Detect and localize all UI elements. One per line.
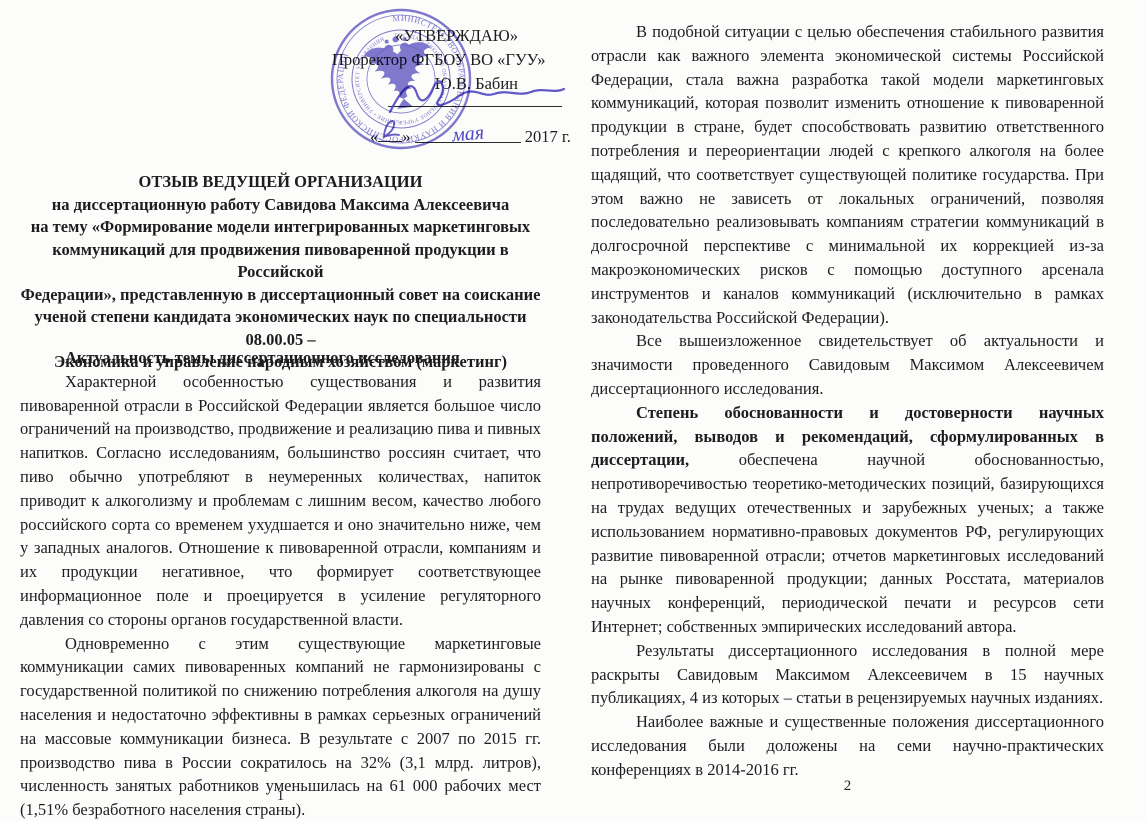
page-2-body: В подобной ситуации с целью обеспечения … <box>591 20 1104 782</box>
title-line: на тему «Формирование модели интегрирова… <box>20 216 541 239</box>
page-1: «УТВЕРЖДАЮ» Проректор ФГБОУ ВО «ГУУ» Ю.В… <box>20 0 541 821</box>
paragraph: Результаты диссертационного исследования… <box>591 639 1104 710</box>
page-number-1: 1 <box>20 788 541 805</box>
title-line: ученой степени кандидата экономических н… <box>20 306 541 351</box>
paragraph: Степень обоснованности и достоверности н… <box>591 401 1104 639</box>
date-year: 2017 г. <box>525 127 571 146</box>
page-2-paragraphs: В подобной ситуации с целью обеспечения … <box>591 20 1104 782</box>
section-heading: Актуальность темы диссертационного иссле… <box>20 346 541 370</box>
page-1-paragraphs: Характерной особенностью существования и… <box>20 370 541 821</box>
paragraph: Все вышеизложенное свидетельствует об ак… <box>591 329 1104 400</box>
page-1-body: Актуальность темы диссертационного иссле… <box>20 346 541 821</box>
document-title: ОТЗЫВ ВЕДУЩЕЙ ОРГАНИЗАЦИИна диссертацион… <box>20 171 541 374</box>
page-2: В подобной ситуации с целью обеспечения … <box>591 0 1104 821</box>
paragraph: Характерной особенностью существования и… <box>20 370 541 632</box>
page-number-2: 2 <box>591 778 1104 795</box>
title-line: Федерации», представленную в диссертацио… <box>20 284 541 307</box>
official-round-stamp: МИНИСТЕРСТВО ОБРАЗОВАНИЯ И НАУКИ РОССИЙС… <box>319 0 484 161</box>
paragraph: В подобной ситуации с целью обеспечения … <box>591 20 1104 329</box>
title-line: на диссертационную работу Савидова Макси… <box>20 194 541 217</box>
paragraph: Наиболее важные и существенные положения… <box>591 710 1104 781</box>
title-line: коммуникаций для продвижения пивоваренно… <box>20 239 541 284</box>
title-line: ОТЗЫВ ВЕДУЩЕЙ ОРГАНИЗАЦИИ <box>20 171 541 194</box>
